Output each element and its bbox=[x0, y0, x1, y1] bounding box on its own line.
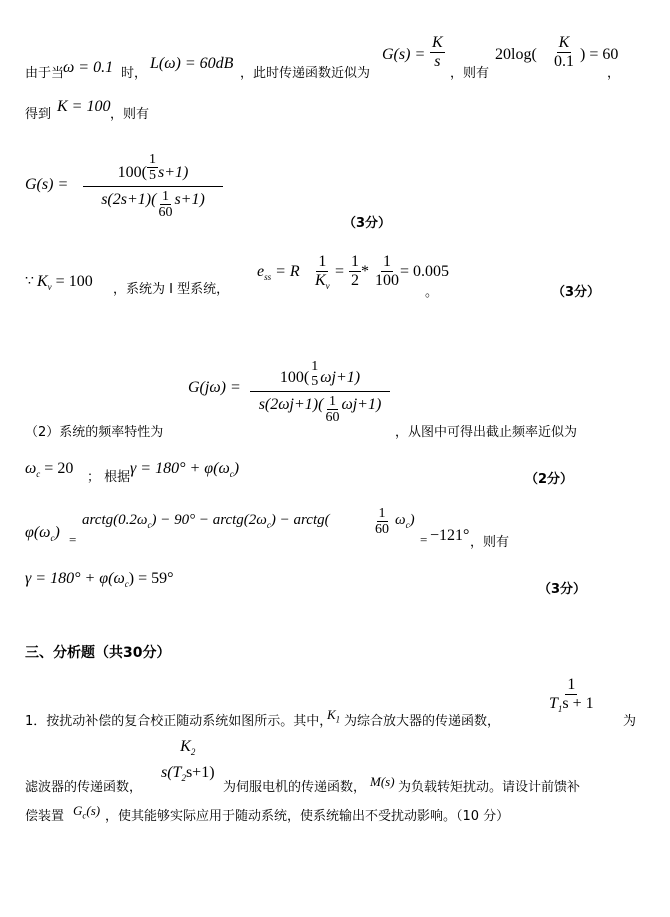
math-Kv: Kv = 100 bbox=[37, 273, 93, 292]
math-G-s: G(s) = bbox=[382, 46, 425, 64]
text: 为负载转矩扰动。请设计前馈补 bbox=[398, 776, 580, 795]
math-M-s: M(s) bbox=[370, 774, 395, 790]
math-K1: K1 bbox=[327, 707, 340, 725]
text: 由于当 bbox=[25, 62, 64, 81]
math-L-omega: L(ω) = 60dB bbox=[150, 55, 233, 73]
numerator: 100(15ωj+1) bbox=[250, 355, 390, 392]
math-omega: ω = 0.1 bbox=[63, 59, 113, 77]
section-title: 三、分析题（共30分） bbox=[25, 642, 170, 662]
numerator: 100(15s+1) bbox=[83, 148, 223, 187]
score-3: （3分） bbox=[538, 578, 586, 597]
fraction-K-over-0.1: K 0.1 bbox=[552, 34, 576, 70]
math-arctg-expr: arctg(0.2ωc) − 90° − arctg(2ωc) − arctg( bbox=[82, 512, 330, 530]
text: ，此时传递函数近似为 bbox=[240, 62, 370, 81]
text: 1．按扰动补偿的复合校正随动系统如图所示。其中， bbox=[25, 710, 332, 729]
period: 。 bbox=[425, 281, 438, 300]
text: 时， bbox=[121, 62, 147, 81]
text: ，系统为 I 型系统， bbox=[113, 278, 229, 297]
fraction-K-over-s: K s bbox=[430, 34, 445, 70]
math-K-equals-100: K = 100 bbox=[57, 98, 110, 116]
score-3: （3分） bbox=[552, 281, 600, 300]
score-2: （2分） bbox=[525, 468, 573, 487]
text: 偿装置 bbox=[25, 805, 64, 824]
denominator: s(2ωj+1)(160ωj+1) bbox=[250, 392, 390, 426]
fraction-1-over-60: 160 bbox=[373, 506, 391, 538]
text: 滤波器的传递函数， bbox=[25, 776, 142, 795]
math-log-pre: 20log( bbox=[495, 46, 537, 64]
eq-fraction: 100(15s+1) s(2s+1)(160s+1) bbox=[83, 148, 223, 221]
text: 得到 bbox=[25, 103, 51, 122]
text: ，则有 bbox=[450, 62, 489, 81]
text-frequency-characteristic: （2）系统的频率特性为 bbox=[25, 421, 163, 440]
math-gamma: γ = 180° + φ(ωc) bbox=[130, 460, 239, 479]
denominator: s(2s+1)(160s+1) bbox=[83, 187, 223, 221]
text: 为 bbox=[623, 710, 636, 729]
fraction-1-over-100: 1100 bbox=[373, 253, 401, 289]
text: ； 根据 bbox=[87, 466, 130, 485]
math-ess: ess = R bbox=[257, 263, 300, 282]
fraction-1-over-2: 12 bbox=[349, 253, 361, 289]
result-minus-121: −121° bbox=[430, 527, 469, 545]
because-symbol: ∵ bbox=[25, 273, 34, 290]
eq-fraction: 100(15ωj+1) s(2ωj+1)(160ωj+1) bbox=[250, 355, 390, 426]
math-gamma-result: γ = 180° + φ(ωc) = 59° bbox=[25, 570, 174, 589]
text: ，则有 bbox=[110, 103, 149, 122]
text: 为综合放大器的传递函数， bbox=[344, 710, 500, 729]
text: 为伺服电机的传递函数， bbox=[223, 776, 366, 795]
score-3: （3分） bbox=[343, 212, 391, 231]
fraction-K2-over-s-T2s-plus-1: K2s(T2s+1) bbox=[159, 738, 217, 784]
fraction-1-over-Kv: 1Kv bbox=[313, 253, 332, 292]
fraction-1-over-T1s-plus-1: 1T1s + 1 bbox=[547, 676, 596, 715]
math-Gc-s: Gc(s) bbox=[73, 803, 100, 821]
eq-lhs: G(jω) = bbox=[188, 379, 241, 397]
text: ， bbox=[607, 62, 620, 81]
math-omega-c: ωc = 20 bbox=[25, 460, 73, 479]
math-phi-wc: φ(ωc) bbox=[25, 524, 60, 543]
eq-lhs: G(s) = bbox=[25, 176, 68, 194]
text-cutoff-frequency: ，从图中可得出截止频率近似为 bbox=[395, 421, 577, 440]
text: ，使其能够实际应用于随动系统，使系统输出不受扰动影响。（10 分） bbox=[105, 805, 509, 824]
text: ，则有 bbox=[470, 531, 509, 550]
